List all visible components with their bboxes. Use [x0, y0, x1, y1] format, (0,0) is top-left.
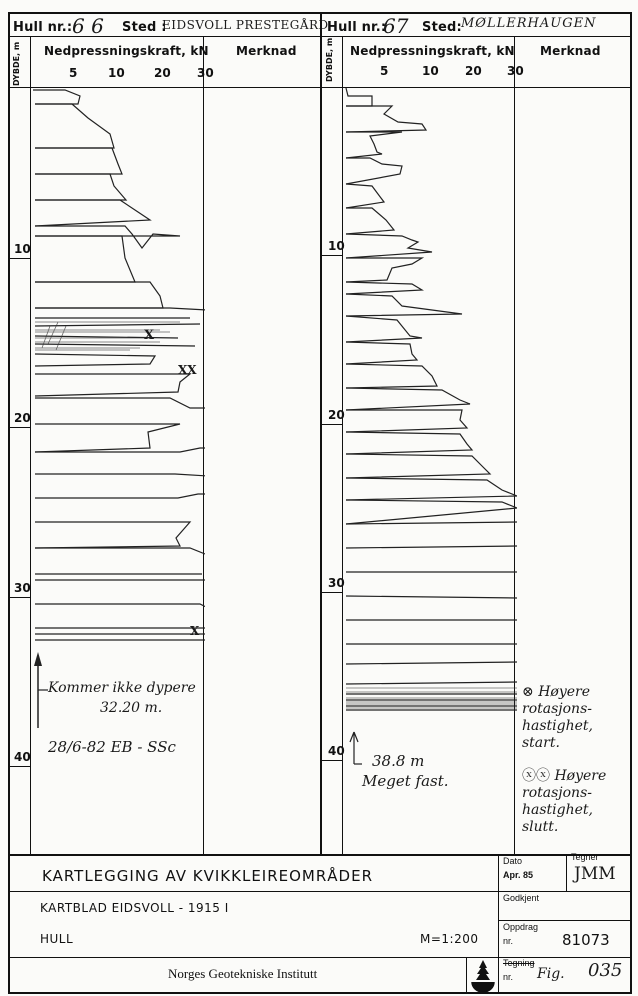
- stop-depth: 38.8 m: [372, 752, 424, 770]
- divider: [320, 36, 632, 37]
- divider: [8, 891, 632, 892]
- document-type: HULL: [40, 932, 73, 946]
- sted-label: Sted :: [122, 20, 167, 35]
- hull-nr-value: 67: [383, 14, 408, 38]
- circled-x-icon: ⊗: [522, 684, 534, 700]
- force-tick-20: 20: [154, 66, 171, 80]
- stop-note: Kommer ikke dypere: [48, 680, 196, 696]
- dato-label: Dato: [503, 856, 522, 866]
- institute-name: Norges Geotekniske Institutt: [168, 966, 317, 982]
- marker-x-bottom: X: [190, 624, 199, 638]
- depth-tick-30: 30: [14, 581, 31, 595]
- divider: [466, 957, 467, 994]
- stop-arrow-icon: [348, 730, 368, 770]
- circled-xx-icon: ⓧⓧ: [522, 768, 550, 784]
- force-header: Nedpressningskraft, kN: [44, 44, 209, 58]
- remark-rotation-start: ⊗ Høyere rotasjons-hastighet, start.: [522, 684, 630, 752]
- tegning-nr-label: nr.: [503, 972, 513, 982]
- depth-gridline: [320, 592, 342, 593]
- depth-gridline: [320, 424, 342, 425]
- log-divider: [320, 12, 322, 854]
- project-title: KARTLEGGING AV KVIKKLEIREOMRÅDER: [42, 867, 373, 885]
- sounding-curve-right: [342, 84, 517, 764]
- sted-value: MØLLERHAUGEN: [461, 16, 596, 31]
- oppdrag-nr-label: nr.: [503, 936, 513, 946]
- depth-tick-40: 40: [14, 750, 31, 764]
- depth-gridline: [8, 427, 30, 428]
- depth-gridline: [320, 760, 342, 761]
- remark-header: Merknad: [540, 44, 601, 58]
- dato-value: Apr. 85: [503, 870, 533, 880]
- depth-gridline: [320, 255, 342, 256]
- marker-xx: XX: [178, 363, 197, 377]
- depth-gridline: [8, 258, 30, 259]
- date-note: 28/6-82 EB - SSc: [48, 738, 176, 756]
- depth-gridline: [8, 766, 30, 767]
- hull-nr-value: 6 6: [72, 14, 104, 38]
- tegning-label: Tegning: [503, 958, 535, 968]
- remark-header: Merknad: [236, 44, 297, 58]
- hull-nr-label: Hull nr.:: [327, 20, 386, 35]
- hull-label: Hull nr.:: [13, 20, 72, 35]
- force-tick-10: 10: [108, 66, 125, 80]
- divider: [498, 920, 632, 921]
- force-tick-5: 5: [380, 64, 388, 78]
- divider: [8, 36, 320, 37]
- map-sheet: KARTBLAD EIDSVOLL - 1915 I: [40, 901, 229, 915]
- sted-value: EIDSVOLL PRESTEGÅRD: [162, 18, 329, 32]
- divider: [8, 957, 632, 958]
- divider: [8, 854, 632, 856]
- remark-rotation-end: ⓧⓧ Høyere rotasjons-hastighet, slutt.: [522, 768, 630, 836]
- stop-note: Meget fast.: [362, 772, 449, 790]
- depth-gridline: [8, 597, 30, 598]
- depth-tick-20: 20: [14, 411, 31, 425]
- fig-label: Fig.: [537, 966, 565, 982]
- force-tick-5: 5: [69, 66, 77, 80]
- oppdrag-label: Oppdrag: [503, 922, 538, 932]
- depth-tick-10: 10: [14, 242, 31, 256]
- divider: [566, 854, 567, 891]
- depth-axis-label: DYBDE, m: [12, 42, 21, 86]
- force-tick-20: 20: [465, 64, 482, 78]
- tegning-nr-value: 035: [588, 960, 622, 981]
- ngi-tree-logo-icon: [468, 958, 498, 994]
- stop-depth: 32.20 m.: [100, 700, 162, 716]
- force-tick-30: 30: [197, 66, 214, 80]
- sted-label: Sted:: [422, 20, 462, 35]
- scale: M=1:200: [420, 932, 479, 946]
- depth-axis-label: DYBDE, m: [325, 38, 334, 82]
- marker-x: X: [144, 328, 154, 343]
- godkjent-label: Godkjent: [503, 893, 539, 903]
- oppdrag-nr-value: 81073: [562, 931, 610, 949]
- force-tick-30: 30: [507, 64, 524, 78]
- divider: [498, 854, 499, 994]
- hull-nr-label: Hull nr.:: [13, 20, 72, 35]
- force-tick-10: 10: [422, 64, 439, 78]
- force-header: Nedpressningskraft, kN: [350, 44, 515, 58]
- tegner-value: JMM: [574, 864, 616, 884]
- tegner-label: Tegner: [571, 852, 599, 862]
